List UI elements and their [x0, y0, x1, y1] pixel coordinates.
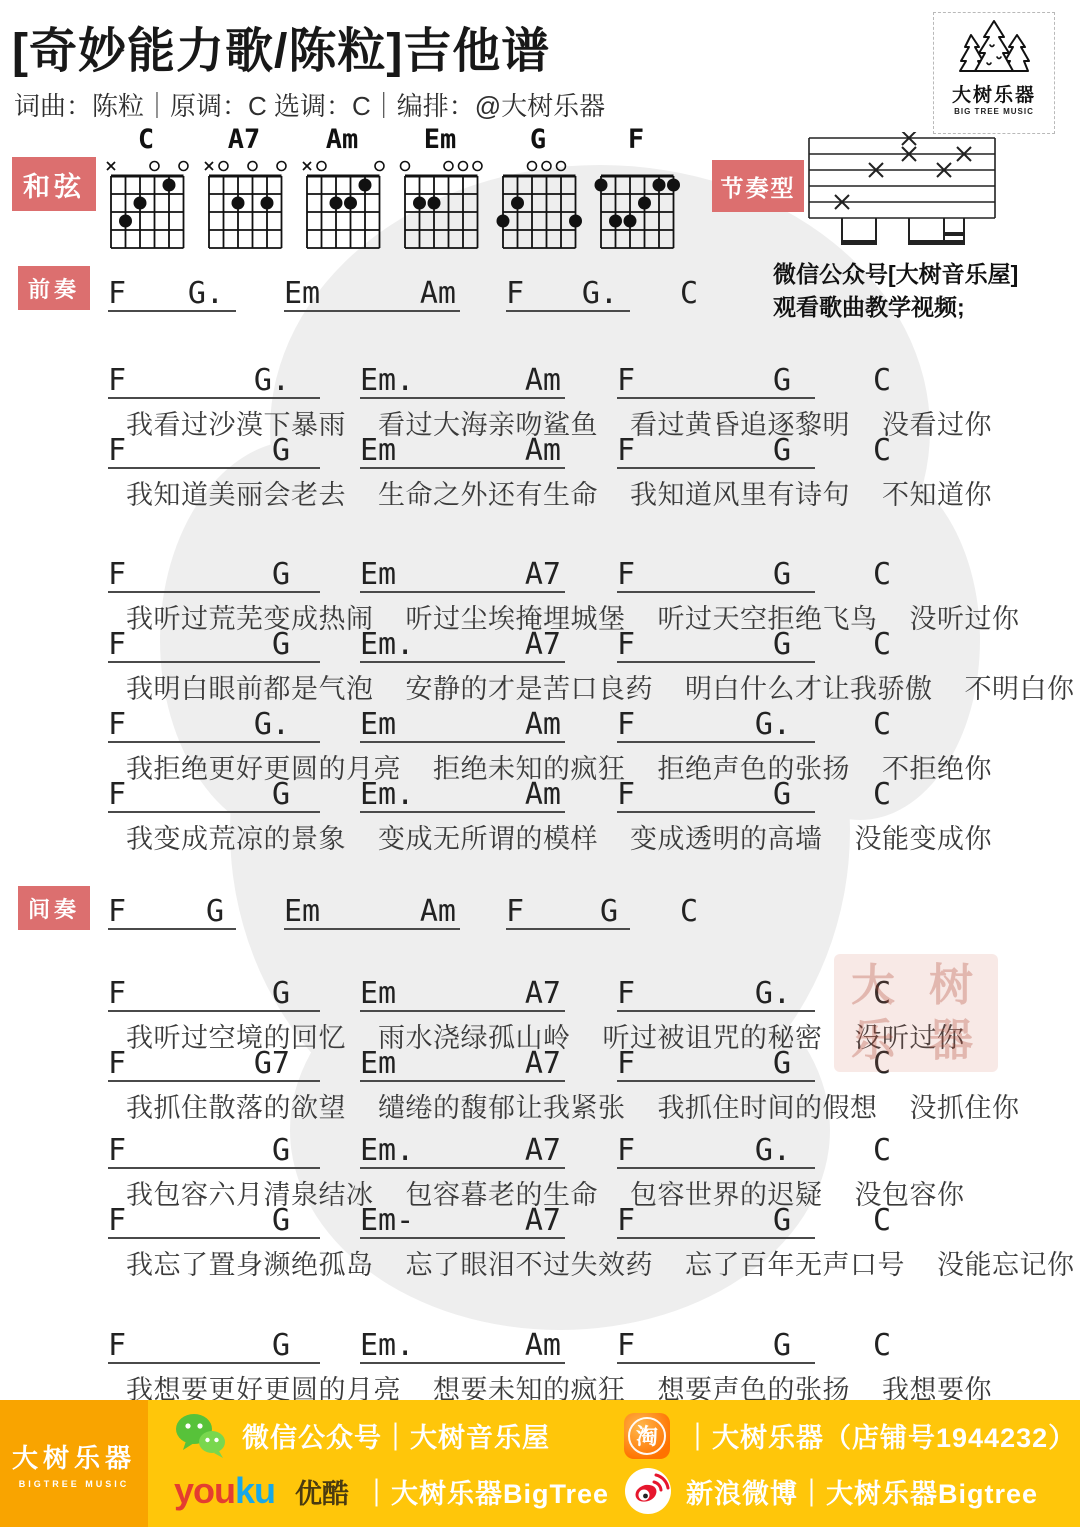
logo-name: 大树乐器 [934, 80, 1054, 107]
footer-social-area: 微信公众号｜大树音乐屋 淘 ｜大树乐器（店铺号1944232） youku 优酷… [148, 1400, 1080, 1527]
chord: Am [420, 276, 456, 311]
lyric-phrase: 变成无所谓的模样 [378, 824, 598, 854]
intro-badge: 前奏 [18, 266, 90, 310]
guitar-chord-sheet: [奇妙能力歌/陈粒]吉他谱 词曲：陈粒｜原调：C 选调：C｜编排：@大树乐器 大… [0, 0, 1080, 1527]
chord-name: C [100, 126, 192, 156]
footer-brand-block: 大树乐器 BIGTREE MUSIC [0, 1400, 148, 1527]
chord: F [617, 627, 635, 662]
chord: Am [420, 894, 456, 929]
lyric-phrase: 缱绻的馥郁让我紧张 [378, 1093, 626, 1123]
chord-group: EmAm [284, 894, 460, 930]
taobao-icon: 淘 [624, 1413, 670, 1459]
page-title: [奇妙能力歌/陈粒]吉他谱 [12, 12, 550, 81]
chord: G [272, 1203, 290, 1238]
note-line-2: 观看歌曲教学视频; [773, 291, 1018, 324]
chord: A7 [525, 557, 561, 592]
chord-group: FG [617, 557, 815, 593]
chord-group: FG [108, 627, 320, 663]
chord: G. [755, 976, 791, 1011]
chord: A7 [525, 1133, 561, 1168]
song-line: FGEm.AmFGC我变成荒凉的景象变成无所谓的模样变成透明的高墙没能变成你 [108, 777, 1028, 856]
chord-grid-icon [100, 156, 192, 260]
chord-group: FG [617, 433, 815, 469]
chord-group: FG. [506, 276, 630, 312]
chord: C [873, 1203, 891, 1238]
chord-row: FGEmA7FGC [108, 557, 1028, 595]
chord: C [873, 363, 891, 398]
wechat-video-note: 微信公众号[大树音乐屋] 观看歌曲教学视频; [773, 258, 1018, 324]
rhythm-badge: 节奏型 [712, 160, 804, 212]
wechat-account-item: 微信公众号｜大树音乐屋 [174, 1412, 624, 1460]
song-line: FGEm.A7FG.C我包容六月清泉结冰包容暮老的生命包容世界的迟疑没包容你 [108, 1133, 1028, 1212]
chord: Em. [360, 363, 414, 398]
chord-grid-icon [492, 156, 584, 260]
chord: Em [360, 557, 396, 592]
chord: G [272, 777, 290, 812]
chord: G [773, 433, 791, 468]
chord-group: FG [108, 894, 236, 930]
chord-grid-icon [590, 156, 682, 260]
chord: F [108, 1203, 126, 1238]
lyric-phrase: 我知道风里有诗句 [630, 480, 850, 510]
weibo-icon [624, 1467, 672, 1515]
chord-group: FG7 [108, 1046, 320, 1082]
chord: G [600, 894, 618, 929]
chord: F [506, 894, 524, 929]
chord-diagram-row: CA7AmEmGF [100, 126, 682, 265]
chord-row: FGEm.A7FGC [108, 627, 1028, 665]
lyric-phrase: 忘了百年无声口号 [685, 1250, 905, 1280]
chord: C [873, 707, 891, 742]
lyric-phrase: 没抓住你 [910, 1093, 1020, 1123]
chord: A7 [525, 976, 561, 1011]
chord: F [617, 1328, 635, 1363]
chord: F [108, 627, 126, 662]
chord: G [272, 976, 290, 1011]
chord: F [108, 1133, 126, 1168]
chord: G [773, 1046, 791, 1081]
chord: F [506, 276, 524, 311]
lyric-phrase: 生命之外还有生命 [378, 480, 598, 510]
chord: F [108, 557, 126, 592]
chord: Em [360, 433, 396, 468]
chord: F [108, 276, 126, 311]
chord-group: FG [108, 1328, 320, 1364]
chord: Em [360, 707, 396, 742]
chord-grid-icon [394, 156, 486, 260]
chord: Em [284, 894, 320, 929]
chord-group: FG. [617, 707, 815, 743]
chord: C [873, 1328, 891, 1363]
song-line: FG.EmAmFG.C我拒绝更好更圆的月亮拒绝未知的疯狂拒绝声色的张扬不拒绝你 [108, 707, 1028, 786]
chord-group: FG [506, 894, 630, 930]
lyric-row: 我变成荒凉的景象变成无所谓的模样变成透明的高墙没能变成你 [108, 817, 1028, 856]
taobao-shop-item: 淘 ｜大树乐器（店铺号1944232） [624, 1413, 1076, 1459]
chord: Am [525, 363, 561, 398]
chord: G [773, 1328, 791, 1363]
chord: F [617, 557, 635, 592]
lyric-phrase: 变成透明的高墙 [630, 824, 823, 854]
chord: F [617, 707, 635, 742]
chord-name: G [492, 126, 584, 156]
chord-name: Am [296, 126, 388, 156]
chords-badge: 和弦 [12, 157, 96, 211]
chord-diagram-Em: Em [394, 126, 486, 265]
chord: F [617, 777, 635, 812]
chord: F [108, 1046, 126, 1081]
seal-char: 器 [916, 1015, 994, 1067]
chord-row: FG.Em.AmFGC [108, 363, 1028, 401]
chord-row: FGEm-A7FGC [108, 1203, 1028, 1241]
intro-chord-line: FG.EmAmFG.C [108, 276, 698, 312]
song-line: FGEm-A7FGC我忘了置身濒绝孤岛忘了眼泪不过失效药忘了百年无声口号没能忘记… [108, 1203, 1028, 1282]
chord: G. [755, 707, 791, 742]
chord-group: FG [617, 1203, 815, 1239]
chord-group: FG [617, 777, 815, 813]
chord-group: EmAm [284, 276, 460, 312]
lyric-phrase: 我抓住时间的假想 [658, 1093, 878, 1123]
chord: F [108, 433, 126, 468]
chord: G7 [254, 1046, 290, 1081]
chord-name: A7 [198, 126, 290, 156]
chord: Am [525, 777, 561, 812]
lyric-phrase: 不知道你 [882, 480, 992, 510]
chord-row: FGEmAmFGC [108, 433, 1028, 471]
lyric-row: 我明白眼前都是气泡安静的才是苦口良药明白什么才让我骄傲不明白你 [108, 667, 1028, 706]
seal-char: 大 [838, 960, 916, 1012]
chord: F [617, 1133, 635, 1168]
chord-group: FG [108, 777, 320, 813]
chord: Am [525, 433, 561, 468]
chord: G [773, 557, 791, 592]
footer: 大树乐器 BIGTREE MUSIC 微信公众号｜大树音乐屋 [0, 1400, 1080, 1527]
interlude-chord-line: FGEmAmFGC [108, 894, 698, 930]
chord-group: FG [617, 1046, 815, 1082]
lyric-phrase: 忘了眼泪不过失效药 [406, 1250, 654, 1280]
chord-diagram-Am: Am [296, 126, 388, 265]
chord-group: EmA7 [360, 557, 565, 593]
chord: Am [525, 707, 561, 742]
lyric-phrase: 我变成荒凉的景象 [126, 824, 346, 854]
chord-diagram-A7: A7 [198, 126, 290, 265]
lyric-phrase: 安静的才是苦口良药 [406, 674, 654, 704]
chord-row: FGEm.AmFGC [108, 777, 1028, 815]
chord: G. [582, 276, 618, 311]
chord-group: FG. [108, 363, 320, 399]
youku-text: ｜大树乐器BigTree [363, 1472, 609, 1511]
chord: G [272, 1133, 290, 1168]
chord-grid-icon [198, 156, 290, 260]
chord: Em [360, 976, 396, 1011]
chord: G [206, 894, 224, 929]
chord: F [617, 976, 635, 1011]
rhythm-pattern-tab [803, 132, 1003, 265]
chord-group: FG [108, 976, 320, 1012]
lyric-phrase: 没能忘记你 [937, 1250, 1075, 1280]
chord-name: F [590, 126, 682, 156]
chord-group: Em.A7 [360, 1133, 565, 1169]
chord-group: FG [108, 1203, 320, 1239]
song-line: FGEm.A7FGC我明白眼前都是气泡安静的才是苦口良药明白什么才让我骄傲不明白… [108, 627, 1028, 706]
song-line: FG.Em.AmFGC我看过沙漠下暴雨看过大海亲吻鲨鱼看过黄昏追逐黎明没看过你 [108, 363, 1028, 442]
chord: F [617, 1203, 635, 1238]
song-line: FGEmAmFGC我知道美丽会老去生命之外还有生命我知道风里有诗句不知道你 [108, 433, 1028, 512]
chord-group: EmA7 [360, 976, 565, 1012]
seal-char: 树 [916, 960, 994, 1012]
lyric-phrase: 我明白眼前都是气泡 [126, 674, 374, 704]
chord: C [680, 894, 698, 929]
chord: G [272, 1328, 290, 1363]
lyric-phrase: 明白什么才让我骄傲 [685, 674, 933, 704]
interlude-badge: 间奏 [18, 886, 90, 930]
chord-group: FG [108, 433, 320, 469]
taobao-text: ｜大树乐器（店铺号1944232） [684, 1416, 1076, 1455]
chord-group: EmA7 [360, 1046, 565, 1082]
chord: G. [755, 1133, 791, 1168]
chord-diagram-F: F [590, 126, 682, 265]
chord: F [108, 707, 126, 742]
bigtree-logo: 大树乐器 BIG TREE MUSIC [933, 12, 1055, 134]
chord: Em. [360, 627, 414, 662]
chord: Em. [360, 777, 414, 812]
youku-cn: 优酷 [295, 1472, 349, 1511]
chord: Am [525, 1328, 561, 1363]
chord-group: FG [108, 557, 320, 593]
chord-group: FG [617, 363, 815, 399]
wechat-text: 微信公众号｜大树音乐屋 [242, 1416, 550, 1455]
taobao-char: 淘 [628, 1417, 666, 1455]
tree-logo-icon [957, 19, 1031, 77]
lyric-row: 我抓住散落的欲望缱绻的馥郁让我紧张我抓住时间的假想没抓住你 [108, 1086, 1028, 1125]
chord: Em- [360, 1203, 414, 1238]
chord: F [617, 433, 635, 468]
seal-watermark: 大树乐器 [834, 954, 998, 1072]
chord: G [773, 1203, 791, 1238]
chord: F [617, 363, 635, 398]
song-credits: 词曲：陈粒｜原调：C 选调：C｜编排：@大树乐器 [14, 86, 605, 123]
chord-group: Em-A7 [360, 1203, 565, 1239]
chord-diagram-C: C [100, 126, 192, 265]
lyric-phrase: 我知道美丽会老去 [126, 480, 346, 510]
chord-group: Em.Am [360, 777, 565, 813]
chord-row: FGEm.A7FG.C [108, 1133, 1028, 1171]
chord: F [108, 1328, 126, 1363]
chord-group: Em.A7 [360, 627, 565, 663]
wechat-icon [174, 1412, 228, 1460]
chord: C [873, 627, 891, 662]
chord: G [773, 627, 791, 662]
song-line: FGEm.AmFGC我想要更好更圆的月亮想要未知的疯狂想要声色的张扬我想要你 [108, 1328, 1028, 1407]
weibo-text: 新浪微博｜大树乐器Bigtree [686, 1472, 1038, 1511]
chord: C [873, 777, 891, 812]
chord-group: FG [617, 1328, 815, 1364]
chord-group: FG. [617, 1133, 815, 1169]
chord-row: FGEm.AmFGC [108, 1328, 1028, 1366]
lyric-row: 我忘了置身濒绝孤岛忘了眼泪不过失效药忘了百年无声口号没能忘记你 [108, 1243, 1028, 1282]
chord: Em. [360, 1133, 414, 1168]
chord: G. [254, 707, 290, 742]
youku-logo: youku [174, 1470, 275, 1512]
note-line-1: 微信公众号[大树音乐屋] [773, 258, 1018, 291]
lyric-phrase: 没能变成你 [855, 824, 993, 854]
chord: Em [360, 1046, 396, 1081]
chord: C [873, 433, 891, 468]
chord-group: FG [617, 627, 815, 663]
lyric-phrase: 我抓住散落的欲望 [126, 1093, 346, 1123]
chord: G [272, 557, 290, 592]
footer-brand-sub: BIGTREE MUSIC [19, 1479, 130, 1489]
chord: F [617, 1046, 635, 1081]
chord: G [773, 363, 791, 398]
lyric-phrase: 我忘了置身濒绝孤岛 [126, 1250, 374, 1280]
chord-group: FG. [617, 976, 815, 1012]
chord-diagram-G: G [492, 126, 584, 265]
chord: C [873, 1133, 891, 1168]
seal-char: 乐 [838, 1015, 916, 1067]
chord-grid-icon [296, 156, 388, 260]
footer-brand-name: 大树乐器 [12, 1438, 136, 1475]
chord: A7 [525, 627, 561, 662]
chord-group: EmAm [360, 433, 565, 469]
youku-channel-item: youku 优酷 ｜大树乐器BigTree [174, 1470, 624, 1512]
chord: F [108, 894, 126, 929]
lyric-phrase: 不明白你 [965, 674, 1075, 704]
chord: F [108, 363, 126, 398]
chord-row: FG.EmAmFG.C [108, 707, 1028, 745]
chord: G. [254, 363, 290, 398]
chord-group: EmAm [360, 707, 565, 743]
chord-group: FG. [108, 276, 236, 312]
lyric-row: 我知道美丽会老去生命之外还有生命我知道风里有诗句不知道你 [108, 473, 1028, 512]
chord-group: FG [108, 1133, 320, 1169]
chord: Em [284, 276, 320, 311]
chord: G [773, 777, 791, 812]
chord-group: FG. [108, 707, 320, 743]
logo-subtitle: BIG TREE MUSIC [934, 107, 1054, 116]
weibo-account-item: 新浪微博｜大树乐器Bigtree [624, 1467, 1038, 1515]
chord: F [108, 777, 126, 812]
chord-group: Em.Am [360, 1328, 565, 1364]
chord: C [680, 276, 698, 311]
chord: A7 [525, 1046, 561, 1081]
chord: A7 [525, 1203, 561, 1238]
chord: G [272, 627, 290, 662]
chord: C [873, 557, 891, 592]
chord-group: Em.Am [360, 363, 565, 399]
chord: G. [188, 276, 224, 311]
rhythm-staff [803, 132, 1003, 260]
chord: Em. [360, 1328, 414, 1363]
chord-name: Em [394, 126, 486, 156]
chord: F [108, 976, 126, 1011]
chord: G [272, 433, 290, 468]
song-line: FGEmA7FGC我听过荒芜变成热闹听过尘埃掩埋城堡听过天空拒绝飞鸟没听过你 [108, 557, 1028, 636]
